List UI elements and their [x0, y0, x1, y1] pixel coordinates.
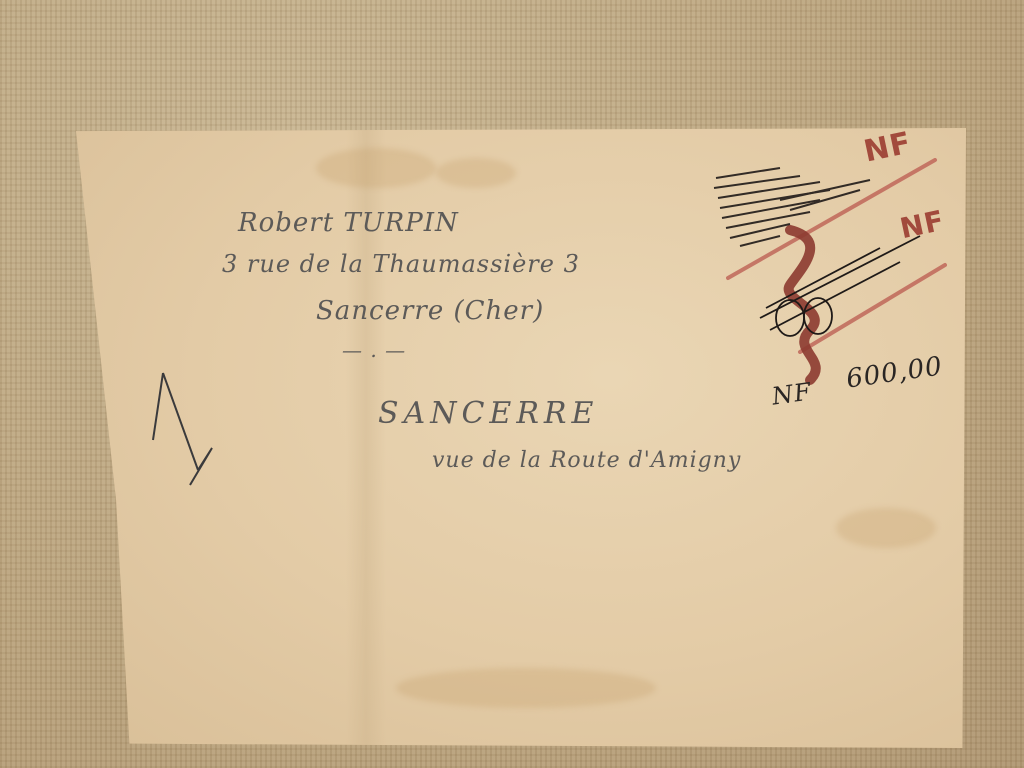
corner-mark-icon — [153, 373, 212, 485]
final-currency: NF — [770, 377, 813, 410]
red-squiggle — [789, 230, 816, 380]
red-strike-lines — [728, 160, 945, 352]
crossed-out-value — [760, 236, 920, 336]
